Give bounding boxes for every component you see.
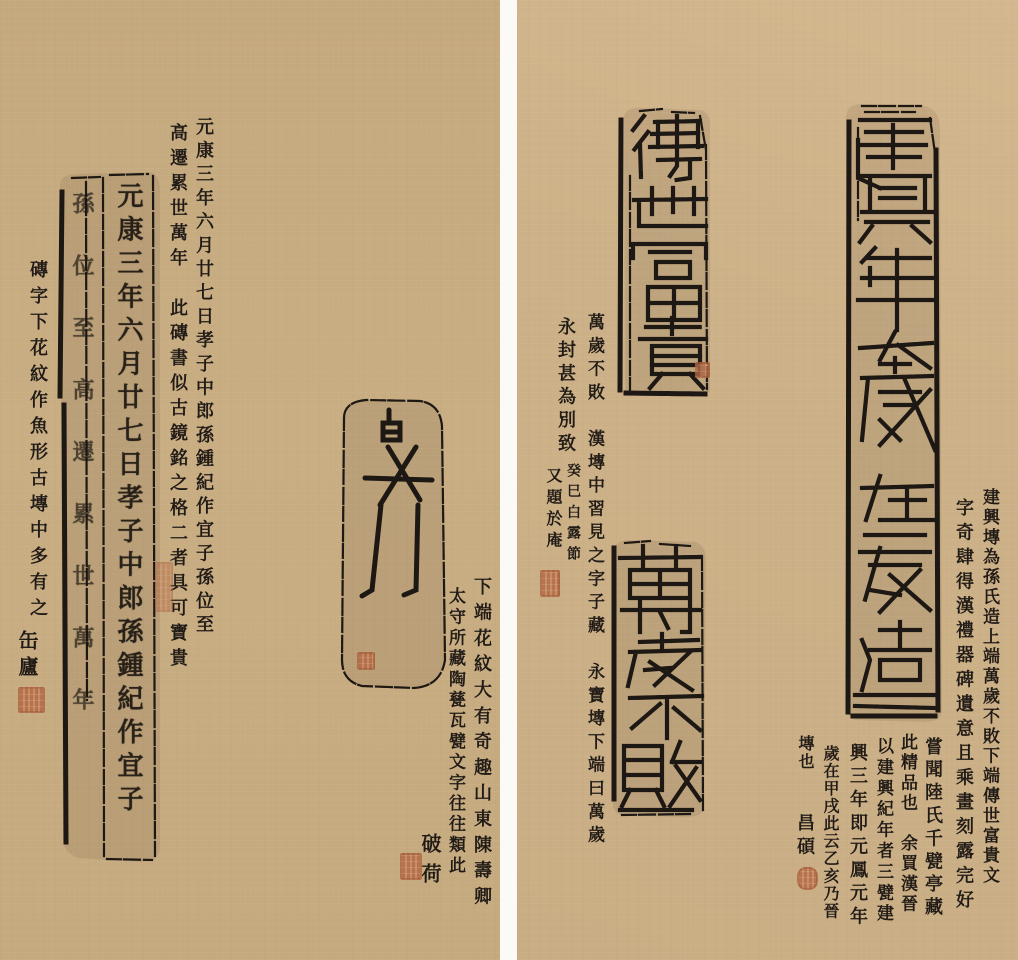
seal-stamp [540,570,560,597]
inscription-right-column-8: 塼也 [797,735,813,771]
signature-pohe: 破荷 [420,833,440,893]
inscription-right-column-5: 以建興紀年者三甓建 [874,737,891,925]
seal-stamp [400,853,422,880]
inscription-right-column-7: 歲在甲戌此云乙亥乃晉 [822,745,838,920]
inscription-left-column-1: 萬歲不敗 漢塼中習見之字子藏 永寶塼下端曰萬歲 [585,313,602,849]
left-panel: 元康三年六月廿七日孝子中郎孫鍾紀作宜子 孫位至高遷累世萬年 元康三年六月廿七日孝… [0,0,500,960]
seal-stamp [18,687,45,713]
inscription-side-column: 磚字下花紋作魚形古塼中多有之 [28,260,46,624]
rubbing-chuanshi-fugui [620,108,710,395]
inscription-right-column-3: 嘗聞陸氏千甓亭藏 [923,737,941,920]
rubbing-yuankang-column-left: 孫位至高遷累世萬年 [71,192,93,750]
signature-changshuo: 昌碩 [795,813,813,860]
inscription-left-column-2: 永封甚為別致 [556,317,574,457]
rubbing-pictograph [342,400,445,688]
inscription-right-column-2: 字奇肆得漢禮器碑遺意且乘畫刻露完好 [954,498,972,915]
inscription-right-column-6: 興三年即元鳳元年 [848,743,866,930]
rubbing-yuankang-column-right: 元康三年六月廿七日孝子中郎孫鍾紀作宜子 [115,182,141,819]
seal-stamp [155,562,173,612]
inscription-left-column-3: 又題於庵 [545,467,561,553]
seal-stamp [797,867,818,890]
inscription-right-column-4: 此精品也 余買漢晉 [898,733,915,915]
panel-divider [500,0,517,960]
inscription-note-column-1: 下端花紋大有奇趣山東陳壽卿 [472,577,490,912]
signature-foulu: 缶廬 [17,630,37,682]
right-panel: 萬歲不敗 漢塼中習見之字子藏 永寶塼下端曰萬歲 永封甚為別致 癸巳白露節 又題於… [517,0,1018,960]
seal-stamp [357,652,375,670]
seal-stamp [695,362,710,378]
inscription-main-column-1: 元康三年六月廿七日孝子中郎孫鍾紀作宜子孫位至 [194,117,212,638]
inscription-note-column-2: 太守所藏陶甆瓦甓文字往往類此 [446,587,463,877]
rubbing-jianxing-brick [846,104,942,722]
calligraphy-diptych: 元康三年六月廿七日孝子中郎孫鍾紀作宜子 孫位至高遷累世萬年 元康三年六月廿七日孝… [0,0,1018,960]
inscription-left-date: 癸巳白露節 [566,463,580,567]
inscription-right-column-1: 建興塼為孫氏造上端萬歲不敗下端傳世富貴文 [980,488,997,886]
rubbing-wansui-bubai [613,540,706,817]
